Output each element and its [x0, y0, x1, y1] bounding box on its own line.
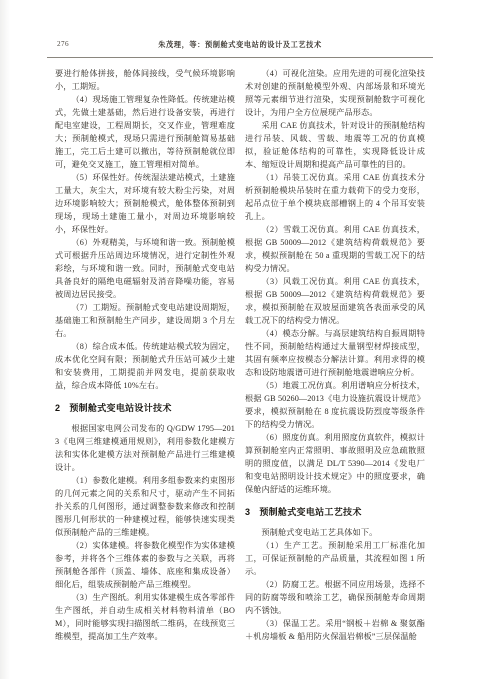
paragraph: （8）综合成本低。传统建站模式较为固定，成本优化空间有限；预制舱式升压站可减少土…: [55, 340, 235, 392]
paragraph: （4）可视化渲染。应用先进的可视化渲染技术对创建的预制舱模型外观、内部场景和环境…: [245, 67, 425, 119]
paragraph: （5）环保性好。传统湿法建站模式，土建施工量大，灰尘大，对环境有较大粉尘污染，对…: [55, 171, 235, 236]
paragraph: 要进行舱体拼接，舱体间接线，受气候环境影响小，工期短。: [55, 67, 235, 93]
paragraph: （4）模态分解。与高层建筑结构自振周期特性不同，预制舱结构通过大量钢型材焊接成型…: [245, 327, 425, 379]
header-rule: [47, 57, 433, 58]
page-number: 276: [57, 40, 69, 48]
paragraph: （6）照度仿真。利用照度仿真软件，模拟计算预制舱室内正常照明、事故照明及应急疏散…: [245, 431, 425, 496]
paragraph: 采用 CAE 仿真技术，针对设计的预制舱结构进行吊装、风载、雪载、地震等工况的仿…: [245, 119, 425, 171]
paragraph: （3）生产图纸。利用实体建模生成各零部件生产图纸，并自动生成相关材料物料清单（B…: [55, 591, 235, 643]
two-column-body: 要进行舱体拼接，舱体间接线，受气候环境影响小，工期短。（4）现场施工管理复杂性降…: [55, 67, 425, 643]
journal-page: 276 朱茂理，等：预制舱式变电站的设计及工艺技术 要进行舱体拼接，舱体间接线，…: [0, 0, 480, 679]
paragraph: （2）防腐工艺。根据不同应用场景，选择不同的防腐等级和喷涂工艺，确保预制舱寿命周…: [245, 578, 425, 617]
section-number: 2: [55, 403, 60, 413]
paragraph: （5）地震工况仿真。利用谱响应分析技术，根据 GB 50260—2013《电力设…: [245, 379, 425, 431]
paragraph: （7）工期短。预制舱式变电站建设周期短，基础施工和预制舱生产同步，建设周期 3 …: [55, 301, 235, 340]
section-number: 3: [245, 507, 250, 517]
running-title: 朱茂理，等：预制舱式变电站的设计及工艺技术: [55, 40, 425, 50]
section-title: 预制舱式变电站工艺技术: [259, 507, 361, 517]
right-column: （4）可视化渲染。应用先进的可视化渲染技术对创建的预制舱模型外观、内部场景和环境…: [245, 67, 425, 643]
paragraph: （1）生产工艺。预制舱采用工厂标准化加工，可保证预制舱的产品质量，其流程如图 1…: [245, 539, 425, 578]
paragraph: （6）外观精美，与环境和谐一致。预制舱模式可根据升压站周边环境情况，进行定制性外…: [55, 236, 235, 301]
section-heading: 2预制舱式变电站设计技术: [55, 402, 235, 414]
page-header: 276 朱茂理，等：预制舱式变电站的设计及工艺技术: [55, 40, 425, 52]
paragraph: （1）吊装工况仿真。采用 CAE 仿真技术分析预制舱模块吊装时在重力载荷下的受力…: [245, 171, 425, 223]
paragraph: （3）保温工艺。采用“钢板＋岩棉 & 聚氨酯＋机房墙板 & 船用防火保温岩棉板”…: [245, 617, 425, 643]
left-column: 要进行舱体拼接，舱体间接线，受气候环境影响小，工期短。（4）现场施工管理复杂性降…: [55, 67, 235, 643]
paragraph: （2）实体建模。将参数化模型作为实体建模参考，并将各个三维体素的参数与之关联，再…: [55, 539, 235, 591]
paragraph: 根据国家电网公司发布的 Q/GDW 1795—2013《电网三维建模通用规则》，…: [55, 422, 235, 474]
section-title: 预制舱式变电站设计技术: [69, 403, 171, 413]
paragraph: （4）现场施工管理复杂性降低。传统建站模式，先做土建基础，然后进行设备安装，再进…: [55, 93, 235, 171]
section-heading: 3预制舱式变电站工艺技术: [245, 506, 425, 518]
paragraph: （3）风载工况仿真。利用 CAE 仿真技术，根据 GB 50009—2012《建…: [245, 275, 425, 327]
paragraph: （1）参数化建模。利用多组参数来约束图形的几何元素之间的关系和尺寸，驱动产生不同…: [55, 474, 235, 539]
paragraph: 预制舱式变电站工艺具体如下。: [245, 526, 425, 539]
paragraph: （2）雪载工况仿真。利用 CAE 仿真技术，根据 GB 50009—2012《建…: [245, 223, 425, 275]
